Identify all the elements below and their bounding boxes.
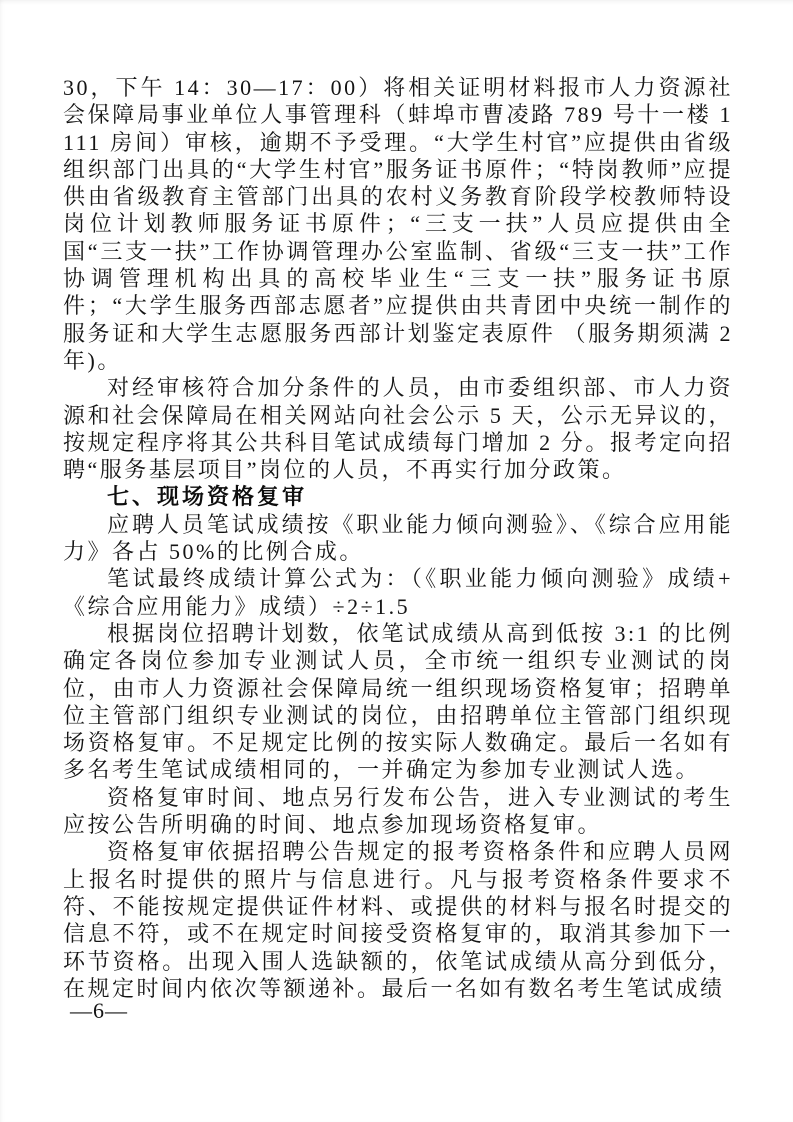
page-number: —6— bbox=[70, 998, 128, 1024]
paragraph: 根据岗位招聘计划数，依笔试成绩从高到低按 3:1 的比例确定各岗位参加专业测试人… bbox=[63, 620, 733, 784]
paragraph: 30，下午 14：30—17：00）将相关证明材料报市人力资源社会保障局事业单位… bbox=[63, 74, 733, 374]
paragraph: 笔试最终成绩计算公式为：（《职业能力倾向测验》成绩+《综合应用能力》成绩）÷2÷… bbox=[63, 565, 733, 620]
paragraph: 对经审核符合加分条件的人员，由市委组织部、市人力资源和社会保障局在相关网站向社会… bbox=[63, 374, 733, 483]
document-page: 30，下午 14：30—17：00）将相关证明材料报市人力资源社会保障局事业单位… bbox=[0, 0, 793, 1122]
paragraph: 资格复审依据招聘公告规定的报考资格条件和应聘人员网上报名时提供的照片与信息进行。… bbox=[63, 838, 733, 1002]
paragraph: 应聘人员笔试成绩按《职业能力倾向测验》、《综合应用能力》各占 50%的比例合成。 bbox=[63, 511, 733, 566]
paragraph: 资格复审时间、地点另行发布公告，进入专业测试的考生应按公告所明确的时间、地点参加… bbox=[63, 784, 733, 839]
document-body: 30，下午 14：30—17：00）将相关证明材料报市人力资源社会保障局事业单位… bbox=[63, 74, 733, 1002]
section-heading: 七、现场资格复审 bbox=[63, 483, 733, 510]
